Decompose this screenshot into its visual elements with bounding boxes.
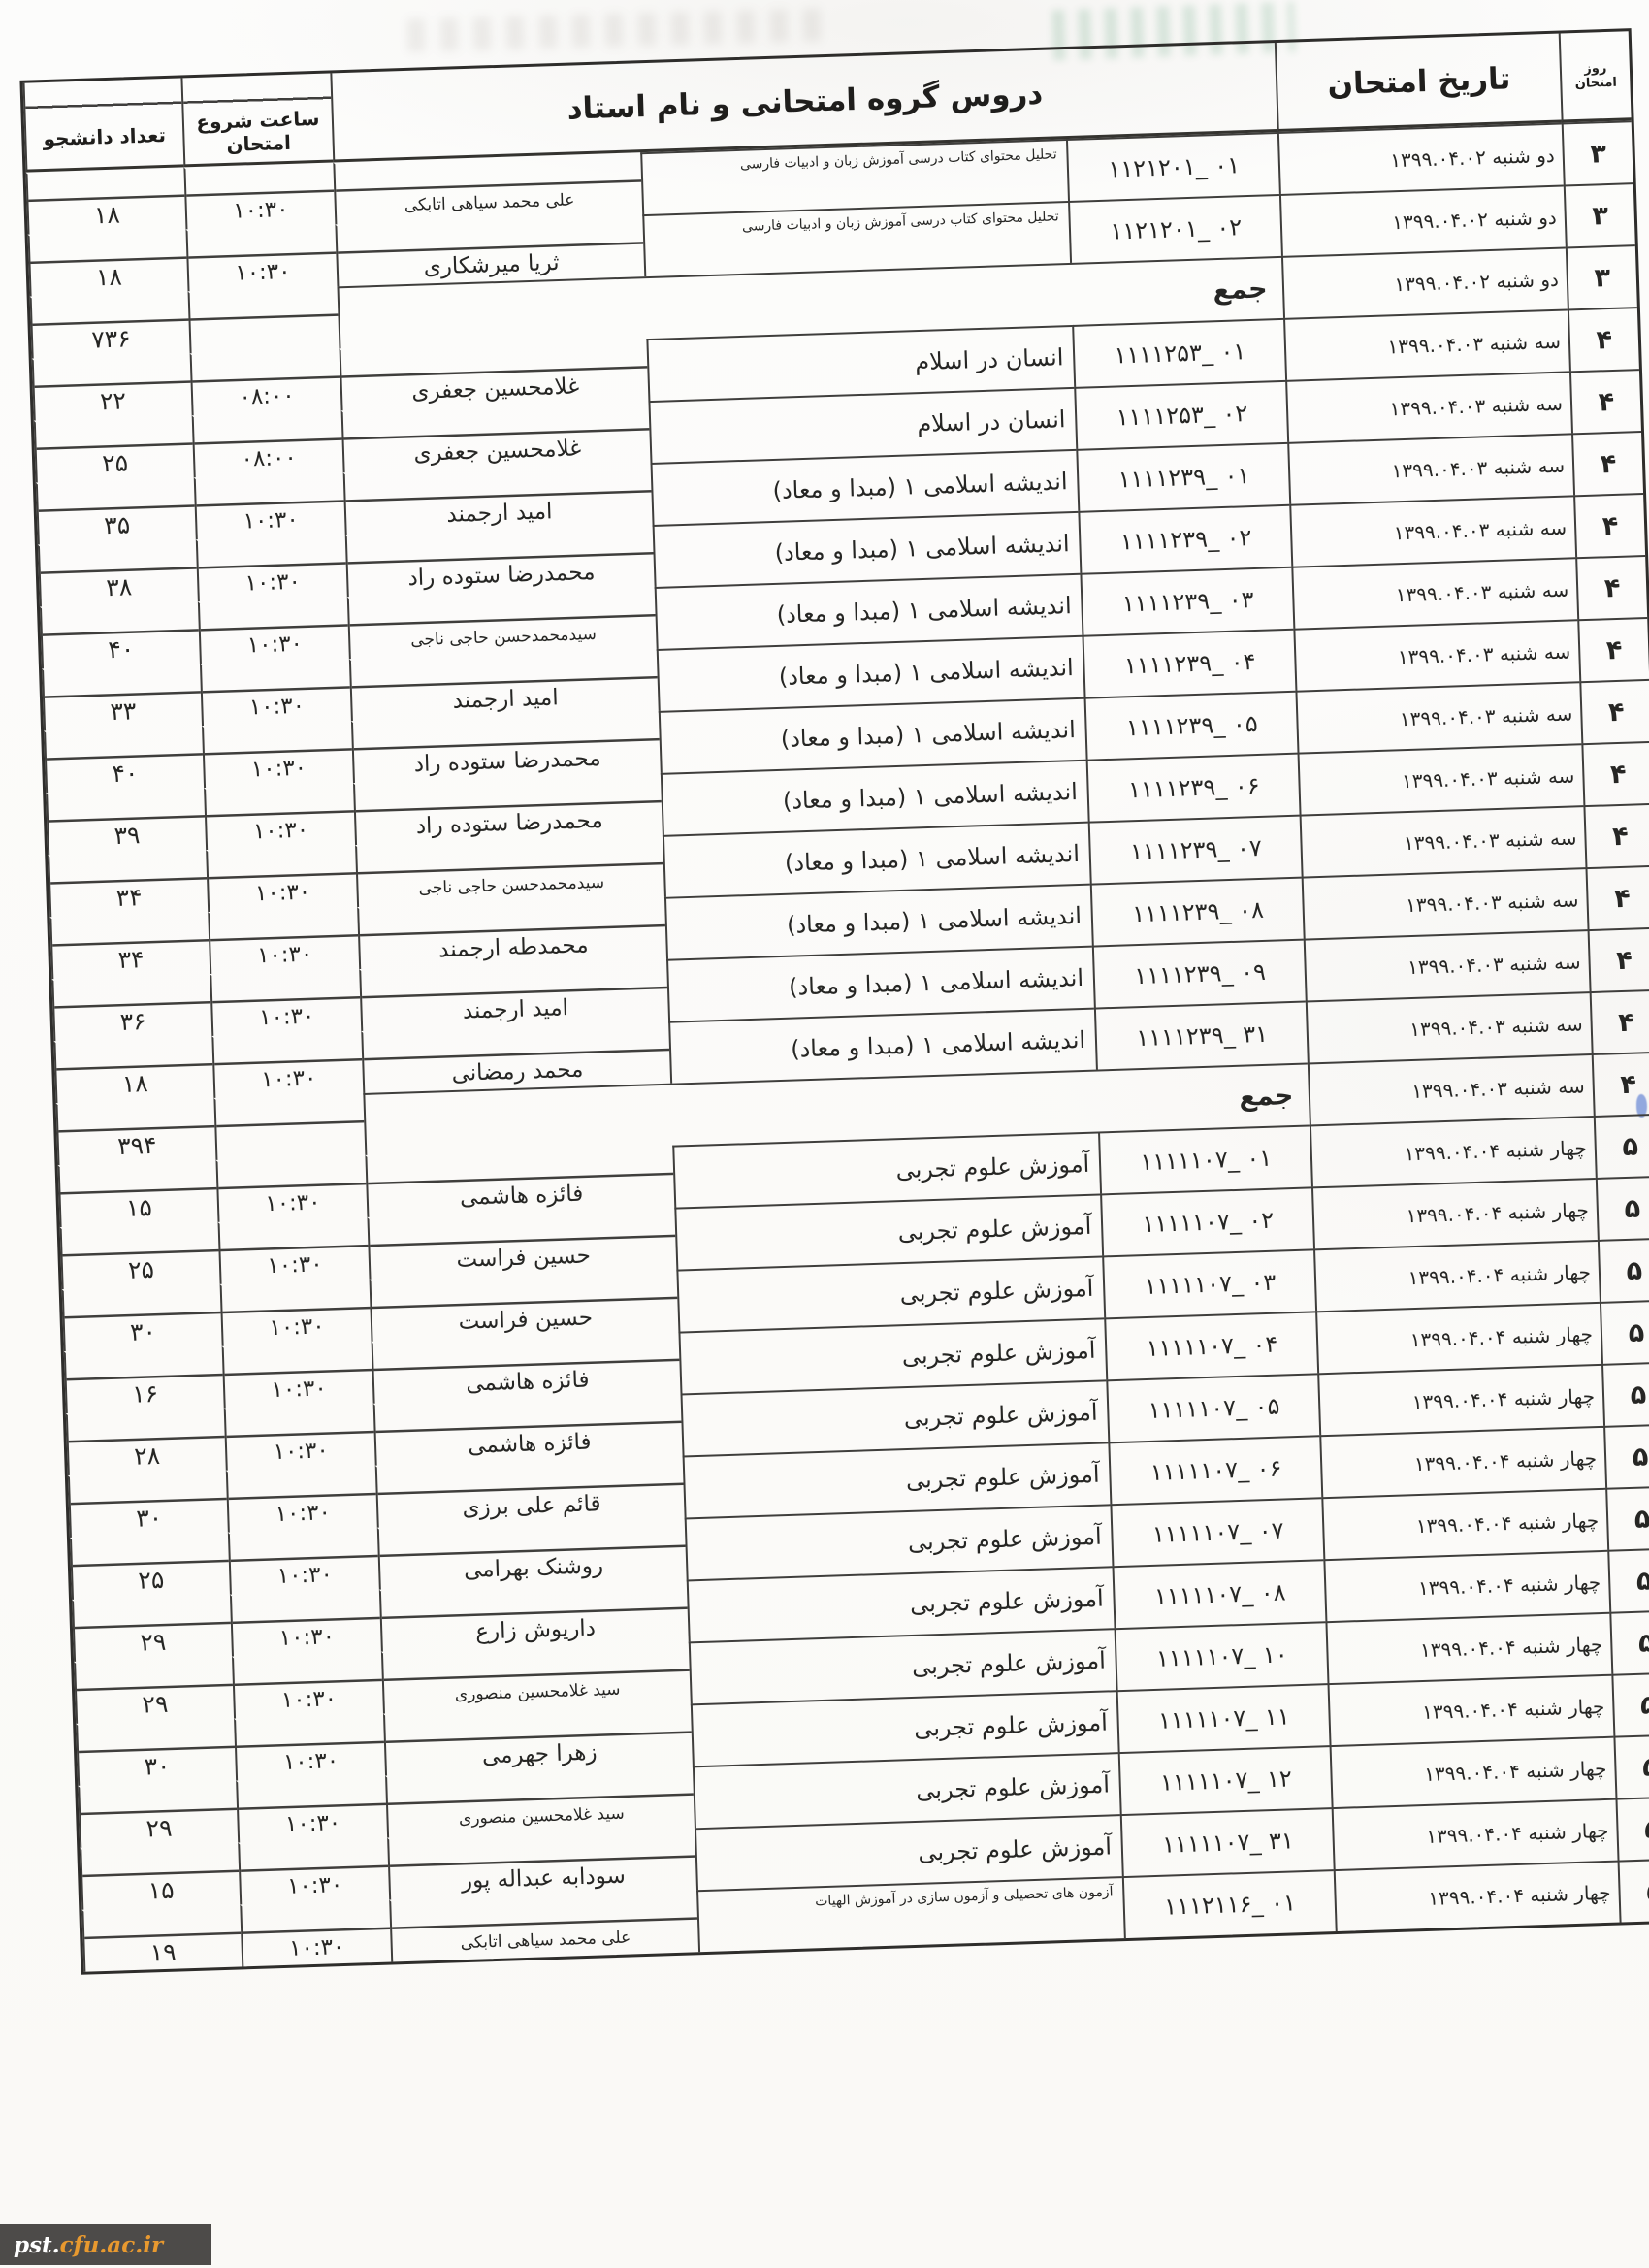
time-cell: ۱۰:۳۰: [210, 969, 361, 1036]
date-cell: دو شنبه ۱۳۹۹.۰۴.۰۲: [1281, 246, 1567, 317]
day-cell: ۵: [1600, 1300, 1649, 1364]
time-cell: ۱۰:۳۰: [230, 1590, 381, 1657]
time-cell: ۱۰:۳۰: [204, 783, 355, 850]
students-cell: ۱۶: [64, 1346, 224, 1413]
professor-cell: غلامحسین جعفری: [339, 339, 649, 410]
course-code-cell: ۱۱۱۱۱۰۷_ ۰۲: [1100, 1186, 1313, 1255]
students-cell: ۳۸: [38, 539, 198, 606]
students-cell: ۱۸: [28, 229, 188, 296]
day-cell: ۵: [1609, 1609, 1649, 1673]
students-cell: ۱۸: [25, 167, 185, 234]
time-cell: ۱۰:۳۰: [219, 1280, 371, 1346]
professor-cell: سید غلامحسین منصوری: [381, 1641, 691, 1713]
students-cell: ۱۹: [81, 1904, 242, 1971]
date-cell: چهار شنبه ۱۳۹۹.۰۴.۰۴: [1309, 1116, 1595, 1186]
time-cell: ۱۰:۳۰: [194, 472, 345, 539]
date-cell: چهار شنبه ۱۳۹۹.۰۴.۰۴: [1313, 1240, 1599, 1311]
professor-cell: علی محمد سیاهی اتابکی: [334, 152, 643, 224]
day-cell: ۴: [1592, 1052, 1649, 1116]
professor-cell: علی محمد سیاهی اتابکی: [389, 1890, 698, 1961]
students-cell: ۳۳: [42, 664, 202, 730]
professor-cell: حسین فراست: [368, 1208, 677, 1280]
header-exam-date: تاریخ امتحان: [1275, 34, 1561, 132]
course-code-cell: ۱۱۱۲۱۱۶_ ۰۱: [1122, 1869, 1336, 1938]
total-value-cell: ۳۹۴: [55, 1098, 215, 1165]
date-cell: سه شنبه ۱۳۹۹.۰۴.۰۳: [1296, 681, 1581, 752]
students-cell: ۱۵: [80, 1843, 240, 1910]
students-cell: ۲۹: [74, 1657, 234, 1724]
date-cell: چهار شنبه ۱۳۹۹.۰۴.۰۴: [1324, 1550, 1609, 1621]
date-cell: چهار شنبه ۱۳۹۹.۰۴.۰۴: [1334, 1861, 1619, 1931]
date-cell: سه شنبه ۱۳۹۹.۰۴.۰۳: [1306, 991, 1591, 1062]
time-cell: ۱۰:۳۰: [206, 845, 357, 912]
professor-cell: محمدطه ارجمند: [357, 897, 666, 969]
students-cell: ۳۴: [48, 850, 208, 917]
professor-cell: سودابه عبداله پور: [387, 1828, 696, 1899]
date-cell: دو شنبه ۱۳۹۹.۰۴.۰۲: [1279, 185, 1565, 256]
day-cell: ۴: [1573, 493, 1645, 557]
time-cell: ۱۰:۳۰: [232, 1652, 383, 1719]
professor-cell: فائزه هاشمی: [372, 1332, 681, 1404]
course-code-cell: ۱۱۱۱۲۳۹_ ۰۲: [1078, 504, 1291, 573]
professor-cell: داریوش زارع: [379, 1579, 689, 1651]
day-cell: ۴: [1569, 369, 1641, 433]
course-code-cell: ۱۱۱۱۱۰۷_ ۰۸: [1113, 1559, 1326, 1628]
professor-cell: امید ارجمند: [349, 649, 659, 721]
time-cell: [187, 286, 339, 353]
time-cell: ۱۰:۳۰: [185, 224, 337, 291]
students-cell: ۲۵: [34, 415, 194, 482]
professor-cell: حسین فراست: [370, 1270, 679, 1342]
students-cell: ۳۴: [49, 912, 210, 979]
time-cell: ۱۰:۳۰: [217, 1217, 369, 1284]
professor-cell: غلامحسین جعفری: [341, 401, 651, 472]
day-cell: ۴: [1590, 989, 1649, 1053]
time-cell: ۱۰:۳۰: [234, 1714, 385, 1781]
professor-cell: ثریا میرشکاری: [336, 214, 645, 286]
day-cell: ۵: [1605, 1485, 1649, 1549]
time-cell: ۱۰:۳۰: [224, 1404, 375, 1471]
day-cell: ۳: [1564, 182, 1635, 246]
date-cell: چهار شنبه ۱۳۹۹.۰۴.۰۴: [1326, 1612, 1611, 1683]
professor-cell: فائزه هاشمی: [366, 1146, 675, 1217]
professor-cell: امید ارجمند: [343, 463, 653, 535]
course-code-cell: ۱۱۱۱۲۳۹_ ۰۱: [1076, 442, 1289, 511]
time-cell: ۱۰:۳۰: [200, 659, 351, 726]
time-cell: ۱۰:۳۰: [240, 1900, 391, 1967]
course-code-cell: ۱۱۲۱۲۰۱_ ۰۲: [1068, 194, 1281, 263]
header-student-count: تعداد دانشجو: [23, 78, 184, 172]
course-code-cell: ۱۱۱۱۲۵۳_ ۰۲: [1074, 380, 1287, 449]
course-code-cell: ۱۱۱۱۲۳۹_ ۰۷: [1088, 815, 1302, 884]
professor-cell: محمدرضا ستوده راد: [345, 525, 655, 597]
course-code-cell: ۱۱۱۱۲۳۹_ ۰۴: [1083, 629, 1296, 697]
time-cell: ۱۰:۳۰: [202, 721, 353, 788]
date-cell: چهار شنبه ۱۳۹۹.۰۴.۰۴: [1311, 1178, 1597, 1248]
date-cell: سه شنبه ۱۳۹۹.۰۴.۰۳: [1286, 371, 1571, 441]
course-code-cell: ۱۱۱۱۱۰۷_ ۱۱: [1116, 1683, 1330, 1752]
time-cell: ۱۰:۳۰: [238, 1838, 389, 1905]
day-cell: ۵: [1613, 1733, 1649, 1798]
course-code-cell: ۱۱۱۱۱۰۷_ ۰۵: [1106, 1373, 1319, 1442]
day-cell: ۴: [1571, 431, 1643, 495]
course-code-cell: ۱۱۱۱۱۰۷_ ۰۱: [1098, 1124, 1311, 1193]
day-cell: ۵: [1594, 1114, 1649, 1178]
day-cell: ۵: [1603, 1424, 1649, 1488]
header-exam-day: روز امتحان: [1559, 31, 1632, 122]
day-cell: ۴: [1568, 307, 1639, 371]
day-cell: ۳: [1566, 244, 1637, 308]
course-code-cell: ۱۱۱۱۱۰۷_ ۰۷: [1111, 1497, 1324, 1566]
professor-cell: قائم علی برزی: [375, 1455, 685, 1527]
course-code-cell: ۱۱۱۱۲۳۹_ ۰۶: [1086, 753, 1300, 822]
students-cell: ۱۵: [58, 1160, 218, 1227]
time-cell: ۱۰:۳۰: [183, 162, 335, 229]
date-cell: سه شنبه ۱۳۹۹.۰۴.۰۳: [1283, 308, 1568, 379]
scan-bleed-artifact: [407, 8, 825, 51]
students-cell: ۳۵: [36, 477, 196, 544]
date-cell: چهار شنبه ۱۳۹۹.۰۴.۰۴: [1316, 1302, 1601, 1373]
date-cell: چهار شنبه ۱۳۹۹.۰۴.۰۴: [1318, 1364, 1603, 1435]
scanned-page-background: روز امتحان تاریخ امتحان دروس گروه امتحان…: [0, 0, 1649, 2268]
day-cell: ۴: [1581, 741, 1649, 805]
day-cell: ۵: [1607, 1547, 1649, 1611]
time-cell: ۱۰:۳۰: [208, 907, 359, 974]
date-cell: چهار شنبه ۱۳۹۹.۰۴.۰۴: [1332, 1798, 1617, 1869]
date-cell: سه شنبه ۱۳۹۹.۰۴.۰۳: [1308, 1053, 1593, 1124]
course-code-cell: ۱۱۱۱۲۳۹_ ۰۹: [1092, 939, 1306, 1008]
time-cell: ۱۰:۳۰: [211, 1031, 363, 1098]
time-cell: ۰۸:۰۰: [189, 348, 340, 415]
students-cell: ۳۰: [68, 1471, 228, 1538]
time-cell: ۱۰:۳۰: [228, 1528, 379, 1595]
date-cell: دو شنبه ۱۳۹۹.۰۴.۰۲: [1277, 123, 1563, 194]
course-title-cell: آزمون های تحصیلی و آزمون سازی در آموزش ا…: [696, 1876, 1124, 1952]
professor-cell: فائزه هاشمی: [373, 1394, 683, 1466]
date-cell: سه شنبه ۱۳۹۹.۰۴.۰۳: [1304, 929, 1589, 1000]
course-code-cell: ۱۱۱۱۱۰۷_ ۱۲: [1118, 1745, 1332, 1814]
students-cell: ۲۸: [66, 1409, 226, 1475]
date-cell: چهار شنبه ۱۳۹۹.۰۴.۰۴: [1330, 1736, 1615, 1807]
students-cell: ۲۵: [70, 1533, 230, 1600]
professor-cell: سیدمحمدحسن حاجی ناجی: [347, 587, 657, 659]
students-cell: ۲۹: [78, 1781, 238, 1848]
time-cell: ۱۰:۳۰: [226, 1466, 377, 1533]
day-cell: ۵: [1601, 1362, 1649, 1426]
exam-schedule-table: روز امتحان تاریخ امتحان دروس گروه امتحان…: [19, 28, 1649, 1975]
course-code-cell: ۱۱۱۱۱۰۷_ ۰۶: [1108, 1435, 1321, 1504]
date-cell: چهار شنبه ۱۳۹۹.۰۴.۰۴: [1320, 1426, 1605, 1497]
day-cell: ۵: [1598, 1238, 1649, 1302]
professor-cell: زهرا جهرمی: [383, 1703, 693, 1775]
date-cell: سه شنبه ۱۳۹۹.۰۴.۰۳: [1294, 619, 1579, 690]
total-value-cell: ۷۳۶: [30, 291, 190, 358]
professor-cell: روشنک بهرامی: [377, 1517, 687, 1589]
course-code-cell: ۱۱۱۱۱۰۷_ ۳۱: [1120, 1807, 1334, 1876]
students-cell: ۲۹: [72, 1595, 232, 1662]
students-cell: ۱۸: [53, 1036, 213, 1103]
students-cell: ۳۰: [76, 1719, 236, 1786]
professor-cell: امید ارجمند: [359, 959, 668, 1031]
day-cell: ۴: [1585, 865, 1649, 929]
time-cell: ۰۸:۰۰: [191, 410, 342, 477]
day-cell: ۴: [1583, 803, 1649, 867]
time-cell: ۱۰:۳۰: [221, 1342, 372, 1409]
course-code-cell: ۱۱۲۱۲۰۱_ ۰۱: [1066, 132, 1279, 201]
course-code-cell: ۱۱۱۱۲۳۹_ ۰۵: [1084, 691, 1298, 760]
course-code-cell: ۱۱۱۱۲۳۹_ ۳۱: [1094, 1001, 1308, 1070]
day-cell: ۳: [1562, 120, 1633, 184]
site-watermark: pst.cfu.ac.ir: [0, 2224, 211, 2265]
watermark-prefix: pst.: [14, 2232, 60, 2258]
day-cell: ۵: [1617, 1858, 1649, 1922]
day-cell: ۵: [1615, 1796, 1649, 1860]
time-cell: ۱۰:۳۰: [198, 597, 349, 664]
students-cell: ۳۶: [51, 974, 211, 1041]
course-code-cell: ۱۱۱۱۲۵۳_ ۰۱: [1072, 318, 1285, 387]
day-cell: ۵: [1611, 1671, 1649, 1735]
course-code-cell: ۱۱۱۱۱۰۷_ ۱۰: [1115, 1621, 1328, 1690]
time-cell: ۱۰:۳۰: [215, 1155, 367, 1222]
date-cell: سه شنبه ۱۳۹۹.۰۴.۰۳: [1298, 743, 1583, 814]
course-code-cell: ۱۱۱۱۲۳۹_ ۰۸: [1090, 877, 1304, 946]
students-cell: ۳۰: [62, 1284, 222, 1351]
professor-cell: سیدمحمدحسن حاجی ناجی: [355, 835, 664, 907]
students-cell: ۲۵: [60, 1222, 220, 1289]
students-cell: ۳۹: [46, 788, 206, 855]
professor-cell: سید غلامحسین منصوری: [385, 1766, 695, 1837]
watermark-domain: cfu.ac.ir: [60, 2232, 163, 2258]
time-cell: [213, 1093, 365, 1160]
day-cell: ۵: [1596, 1176, 1649, 1240]
date-cell: سه شنبه ۱۳۹۹.۰۴.۰۳: [1300, 805, 1585, 876]
day-cell: ۴: [1587, 927, 1649, 991]
day-cell: ۴: [1579, 679, 1649, 743]
students-cell: ۴۰: [44, 726, 204, 793]
professor-cell: محمدرضا ستوده راد: [351, 711, 661, 783]
day-cell: ۴: [1575, 555, 1647, 619]
course-code-cell: ۱۱۱۱۱۰۷_ ۰۴: [1104, 1311, 1317, 1379]
day-cell: ۴: [1577, 617, 1649, 681]
course-code-cell: ۱۱۱۱۱۰۷_ ۰۳: [1102, 1248, 1315, 1317]
time-cell: ۱۰:۳۰: [196, 535, 347, 601]
students-cell: ۴۰: [40, 601, 200, 668]
date-cell: سه شنبه ۱۳۹۹.۰۴.۰۳: [1302, 867, 1587, 938]
date-cell: چهار شنبه ۱۳۹۹.۰۴.۰۴: [1328, 1674, 1613, 1745]
header-exam-start-time: ساعت شروع امتحان: [180, 73, 333, 167]
professor-cell: محمد رمضانی: [361, 1021, 670, 1093]
date-cell: چهار شنبه ۱۳۹۹.۰۴.۰۴: [1322, 1488, 1607, 1559]
professor-cell: محمدرضا ستوده راد: [353, 773, 663, 845]
time-cell: ۱۰:۳۰: [236, 1776, 387, 1843]
students-cell: ۲۲: [32, 353, 192, 420]
date-cell: سه شنبه ۱۳۹۹.۰۴.۰۳: [1292, 557, 1577, 628]
date-cell: سه شنبه ۱۳۹۹.۰۴.۰۳: [1290, 495, 1575, 566]
date-cell: سه شنبه ۱۳۹۹.۰۴.۰۳: [1288, 433, 1573, 503]
course-code-cell: ۱۱۱۱۲۳۹_ ۰۳: [1081, 567, 1294, 635]
